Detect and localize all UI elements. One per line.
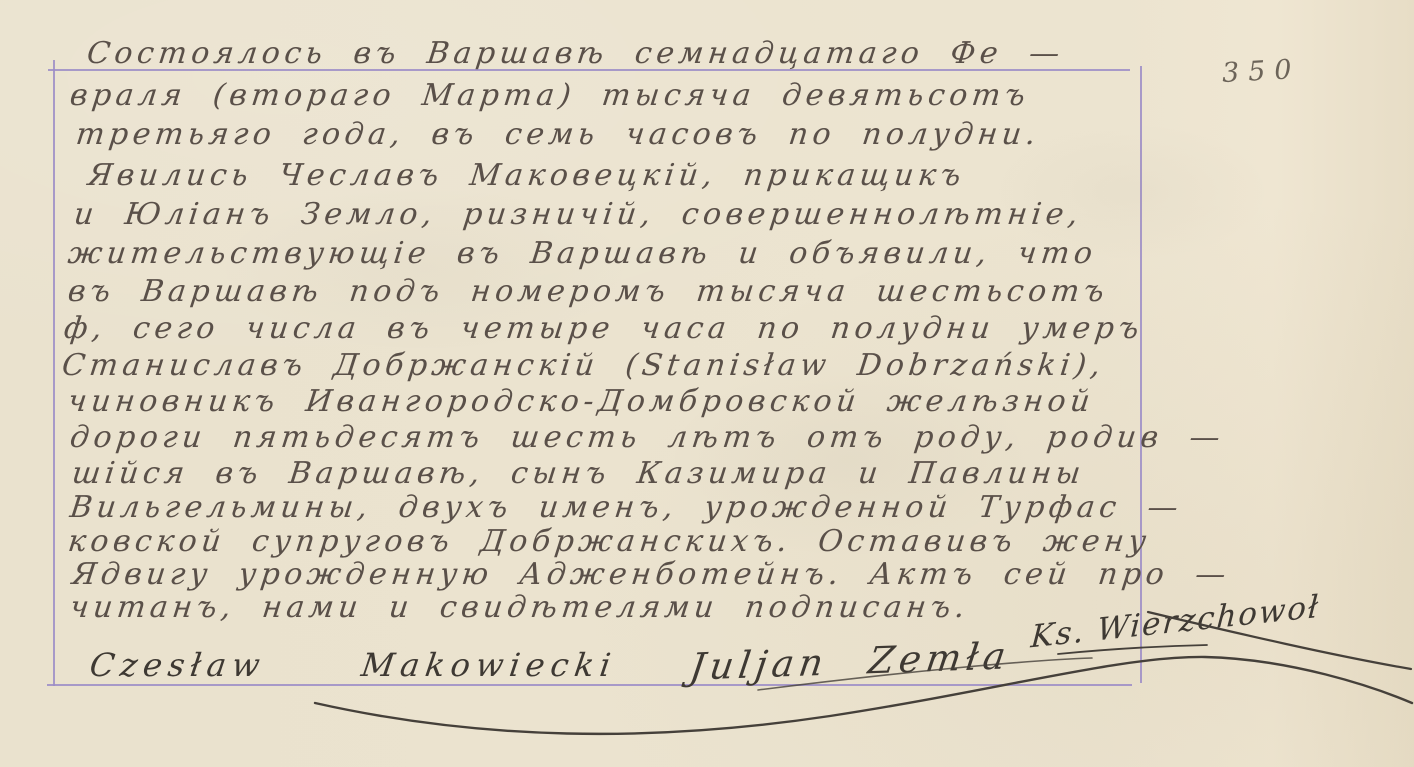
record-text-line: шійся въ Варшавѣ, сынъ Казимира и Павлин… <box>70 456 1087 491</box>
record-text-line: читанъ, нами и свидѣтелями подписанъ. <box>68 590 971 625</box>
death-record-page: 350 Состоялось въ Варшавѣ семнадцатаго Ф… <box>0 0 1414 767</box>
record-text-line: въ Варшавѣ подъ номеромъ тысяча шестьсот… <box>66 274 1110 309</box>
record-text-line: третьяго года, въ семь часовъ по полудни… <box>74 117 1042 152</box>
record-text-line: Явились Чеславъ Маковецкій, прикащикъ <box>86 158 967 193</box>
record-text-line: чиновникъ Ивангородско-Домбровской желѣз… <box>66 384 1096 419</box>
act-number-annotation: 350 <box>1221 54 1301 89</box>
record-text-line: дороги пятьдесятъ шесть лѣтъ отъ роду, р… <box>68 420 1226 455</box>
frame-line-left <box>53 60 55 686</box>
witness-signature-zemla: Juljan Zemła <box>687 634 1013 688</box>
frame-line-bottom <box>47 684 1132 686</box>
record-text-line: и Юліанъ Земло, ризничій, совершеннолѣтн… <box>72 197 1084 232</box>
official-signature: Ks. Wierzchowoł <box>1030 589 1322 656</box>
witness-signature-makowiecki: Czesław Makowiecki <box>87 646 619 684</box>
record-text-line: ковской супруговъ Добржанскихъ. Оставивъ… <box>66 524 1152 559</box>
record-text-line: враля (втораго Марта) тысяча девятьсотъ <box>68 78 1032 113</box>
record-text-line: жительствующіе въ Варшавѣ и объявили, чт… <box>66 236 1099 271</box>
record-text-line: ф, сего числа въ четыре часа по полудни … <box>62 311 1145 346</box>
record-text-line: Ядвигу урожденную Адженботейнъ. Актъ сей… <box>70 557 1232 592</box>
record-text-line: Вильгельмины, двухъ именъ, урожденной Ту… <box>68 490 1184 525</box>
record-text-line: Станиславъ Добржанскій (Stanisław Dobrza… <box>60 348 1107 383</box>
record-text-line: Состоялось въ Варшавѣ семнадцатаго Фе — <box>85 36 1066 71</box>
